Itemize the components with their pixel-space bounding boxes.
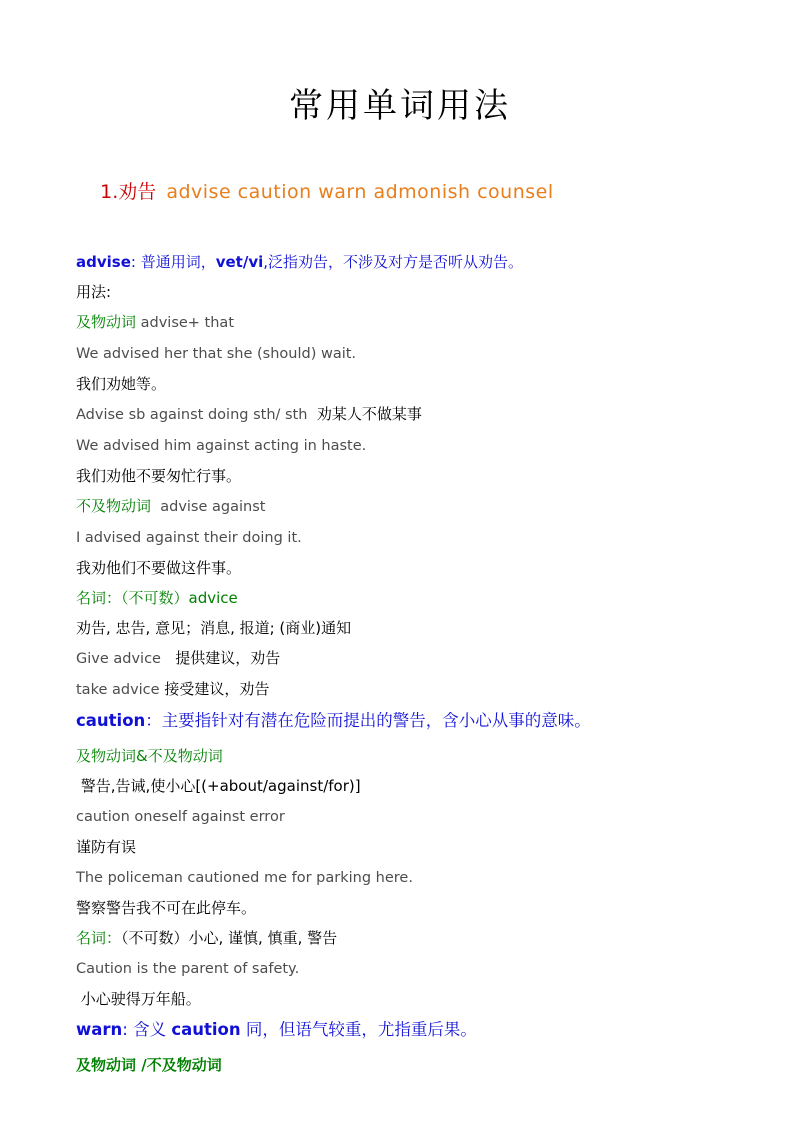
text-line: We advised him against acting in haste. xyxy=(76,435,724,456)
text-line: 及物动词 advise+ that xyxy=(76,312,724,333)
text-segment: 提供建议，劝告 xyxy=(161,649,280,667)
text-segment: ,泛指劝告，不涉及对方是否听从劝告。 xyxy=(263,253,523,271)
text-segment: The policeman cautioned me for parking h… xyxy=(76,870,413,886)
text-line: I advised against their doing it. xyxy=(76,527,724,548)
text-segment: 接受建议，劝告 xyxy=(160,680,270,698)
text-segment: advise+ that xyxy=(136,315,234,331)
text-segment: 及物动词&不及物动词 xyxy=(76,747,223,765)
text-segment: 及物动词 xyxy=(76,313,136,331)
text-segment: 及物动词 /不及物动词 xyxy=(76,1056,222,1074)
section-words-en: advise caution warn admonish counsel xyxy=(166,181,553,203)
text-segment: take advice xyxy=(76,682,160,698)
text-line: warn: 含义 caution 同，但语气较重，尤指重后果。 xyxy=(76,1019,724,1041)
text-segment: advise against xyxy=(151,499,265,515)
document-page: 常用单词用法 1.劝告advise caution warn admonish … xyxy=(0,0,794,1123)
text-line: 警告,告诫,使小心[(+about/against/for)] xyxy=(76,776,724,796)
text-segment: warn xyxy=(76,1020,122,1039)
text-segment: I advised against their doing it. xyxy=(76,530,302,546)
text-segment: 我们劝她等。 xyxy=(76,375,166,393)
text-line: 我劝他们不要做这件事。 xyxy=(76,558,724,578)
text-segment: 警察警告我不可在此停车。 xyxy=(76,899,256,917)
text-line: advise: 普通用词，vet/vi,泛指劝告，不涉及对方是否听从劝告。 xyxy=(76,252,724,272)
text-line: 警察警告我不可在此停车。 xyxy=(76,898,724,918)
text-segment: 劝告, 忠告, 意见；消息, 报道; (商业)通知 xyxy=(76,619,351,637)
text-segment: 我劝他们不要做这件事。 xyxy=(76,559,241,577)
text-line: Caution is the parent of safety. xyxy=(76,958,724,979)
text-line: 名词：（不可数）小心, 谨慎, 慎重, 警告 xyxy=(76,928,724,948)
document-title: 常用单词用法 xyxy=(76,85,724,129)
text-line: We advised her that she (should) wait. xyxy=(76,343,724,364)
section-heading: 1.劝告advise caution warn admonish counsel xyxy=(76,153,724,231)
document-body: advise: 普通用词，vet/vi,泛指劝告，不涉及对方是否听从劝告。用法:… xyxy=(76,252,724,1075)
text-line: 谨防有误 xyxy=(76,837,724,857)
text-segment: （不可数）小心, 谨慎, 慎重, 警告 xyxy=(121,929,337,947)
text-segment: caution oneself against error xyxy=(76,809,285,825)
text-line: 用法: xyxy=(76,282,724,302)
text-line: 劝告, 忠告, 意见；消息, 报道; (商业)通知 xyxy=(76,618,724,638)
text-line: The policeman cautioned me for parking h… xyxy=(76,867,724,888)
text-segment: vet/vi xyxy=(216,253,264,271)
text-line: 我们劝他不要匆忙行事。 xyxy=(76,466,724,486)
text-segment: We advised her that she (should) wait. xyxy=(76,346,356,362)
text-line: take advice 接受建议，劝告 xyxy=(76,679,724,700)
text-line: 不及物动词 advise against xyxy=(76,496,724,517)
text-segment: 小心驶得万年船。 xyxy=(76,990,201,1008)
text-segment: 名词：（不可数）advice xyxy=(76,589,238,607)
text-line: 及物动词&不及物动词 xyxy=(76,746,724,766)
text-segment: 谨防有误 xyxy=(76,838,136,856)
text-segment: : 含义 xyxy=(122,1020,171,1039)
section-number-zh: 1.劝告 xyxy=(100,181,156,203)
text-segment: 我们劝他不要匆忙行事。 xyxy=(76,467,241,485)
text-segment: 劝某人不做某事 xyxy=(312,405,422,423)
text-line: 我们劝她等。 xyxy=(76,374,724,394)
text-segment: : 普通用词， xyxy=(131,253,216,271)
text-line: Give advice 提供建议，劝告 xyxy=(76,648,724,669)
text-line: 小心驶得万年船。 xyxy=(76,989,724,1009)
text-line: caution oneself against error xyxy=(76,806,724,827)
text-segment: advise xyxy=(76,253,131,271)
text-segment: caution xyxy=(76,711,145,730)
text-segment: caution xyxy=(171,1020,240,1039)
text-segment: 名词： xyxy=(76,929,121,947)
text-line: caution：主要指针对有潜在危险而提出的警告，含小心从事的意味。 xyxy=(76,710,724,732)
text-segment: 警告,告诫,使小心[(+about/against/for)] xyxy=(76,777,361,795)
text-segment: Caution is the parent of safety. xyxy=(76,961,299,977)
text-segment: We advised him against acting in haste. xyxy=(76,438,366,454)
text-segment: 用法: xyxy=(76,283,111,301)
text-line: 及物动词 /不及物动词 xyxy=(76,1055,724,1075)
text-segment: Advise sb against doing sth/ sth xyxy=(76,407,312,423)
text-segment: Give advice xyxy=(76,651,161,667)
text-segment: 同，但语气较重，尤指重后果。 xyxy=(241,1020,477,1039)
text-segment: ：主要指针对有潜在危险而提出的警告，含小心从事的意味。 xyxy=(145,711,591,730)
text-line: Advise sb against doing sth/ sth 劝某人不做某事 xyxy=(76,404,724,425)
text-segment: 不及物动词 xyxy=(76,497,151,515)
text-line: 名词：（不可数）advice xyxy=(76,588,724,608)
